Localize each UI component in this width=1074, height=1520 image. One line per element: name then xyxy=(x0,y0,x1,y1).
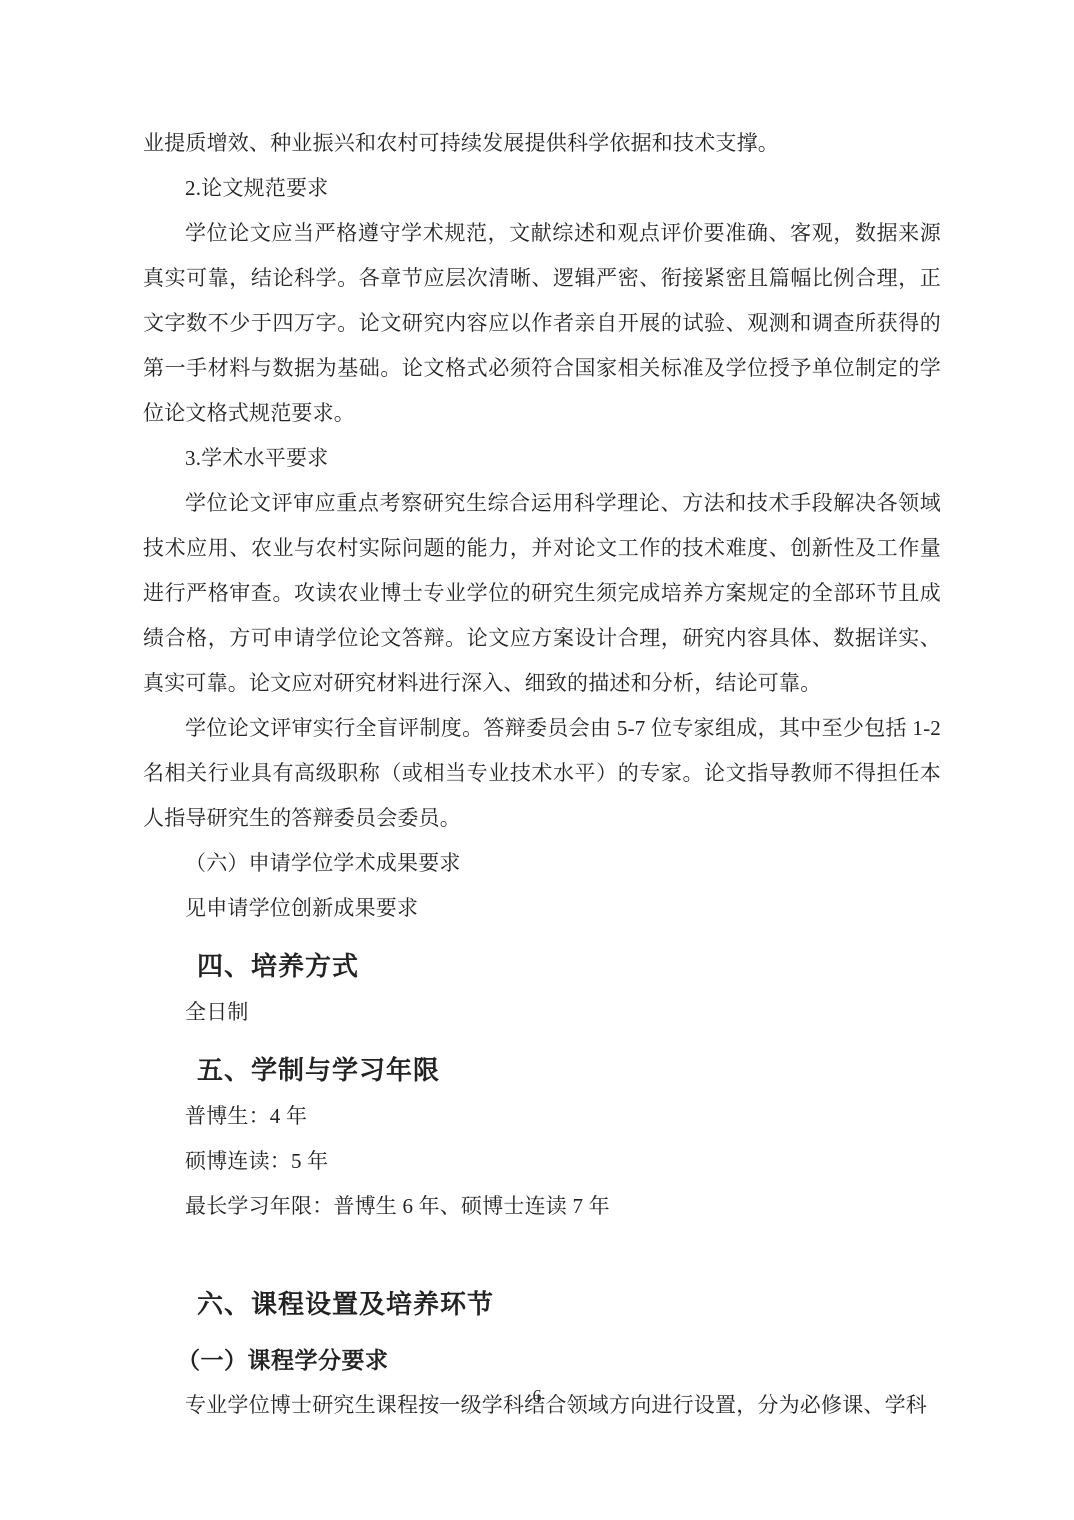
section-heading: 六、课程设置及培养环节 xyxy=(197,1281,941,1327)
paragraph: 业提质增效、种业振兴和农村可持续发展提供科学依据和技术支撑。 xyxy=(143,121,941,166)
document-body: 业提质增效、种业振兴和农村可持续发展提供科学依据和技术支撑。2.论文规范要求学位… xyxy=(143,121,941,1428)
paragraph: （六）申请学位学术成果要求 xyxy=(143,841,941,886)
section-heading: 四、培养方式 xyxy=(197,943,941,989)
subsection-heading: （一）课程学分要求 xyxy=(177,1337,941,1383)
paragraph: 学位论文评审实行全盲评制度。答辩委员会由 5-7 位专家组成，其中至少包括 1-… xyxy=(143,706,941,841)
paragraph: 学位论文应当严格遵守学术规范，文献综述和观点评价要准确、客观，数据来源真实可靠，… xyxy=(143,211,941,436)
section-heading: 五、学制与学习年限 xyxy=(197,1047,941,1093)
paragraph: 硕博连读：5 年 xyxy=(143,1139,941,1184)
paragraph: 见申请学位创新成果要求 xyxy=(143,886,941,931)
paragraph: 全日制 xyxy=(143,990,941,1035)
paragraph: 学位论文评审应重点考察研究生综合运用科学理论、方法和技术手段解决各领域技术应用、… xyxy=(143,481,941,706)
paragraph: 最长学习年限：普博生 6 年、硕博士连读 7 年 xyxy=(143,1184,941,1229)
paragraph: 2.论文规范要求 xyxy=(143,166,941,211)
document-page: 业提质增效、种业振兴和农村可持续发展提供科学依据和技术支撑。2.论文规范要求学位… xyxy=(0,0,1074,1520)
paragraph: 普博生：4 年 xyxy=(143,1094,941,1139)
page-number: 6 xyxy=(0,1384,1074,1408)
paragraph: 3.学术水平要求 xyxy=(143,436,941,481)
